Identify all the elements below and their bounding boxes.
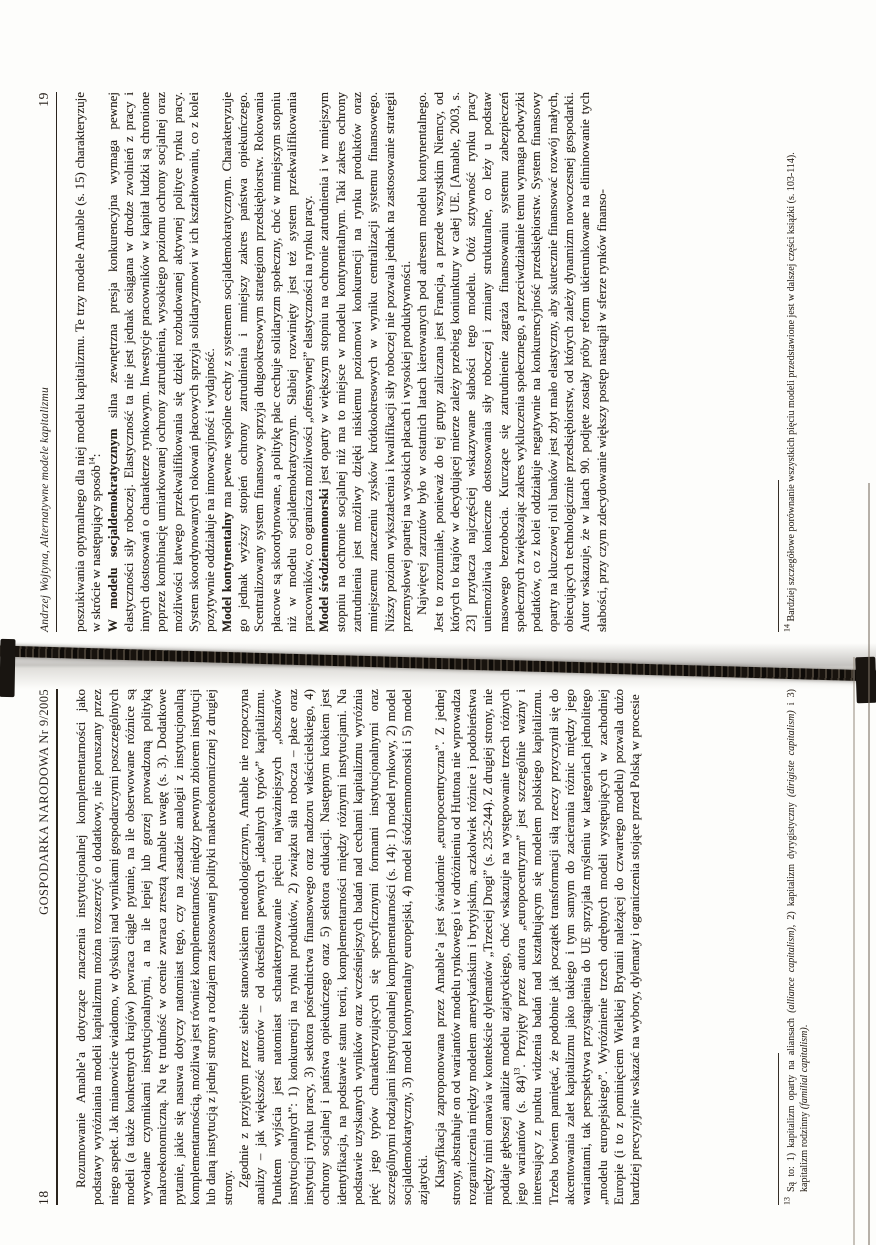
paragraph-text: Klasyfikacja zaproponowana przez Amable’… (432, 689, 643, 1205)
page-edge-shadow (868, 483, 870, 1245)
paragraph-text: poszukiwania optymalnego dla niej modelu… (72, 92, 103, 632)
page19-content: Andrzej Wojtyna, Alternatywne modele kap… (36, 92, 610, 632)
paragraph: Klasyfikacja zaproponowana przez Amable’… (432, 689, 644, 1205)
page18-content: 18 GOSPODARKA NARODOWA Nr 9/2005 Rozumow… (36, 689, 643, 1205)
page18-footnote-block: 13 Są to: 1) kapitalizm oparty na alians… (778, 689, 811, 1205)
paragraph-text: Rozumowanie Amable’a dotyczące znaczenia… (73, 689, 235, 1205)
page-number-19: 19 (36, 92, 52, 107)
footnote-text: 14 Bardziej szczegółowe porównanie wszys… (785, 92, 798, 632)
tape-artifact-top (0, 639, 16, 697)
page18-header: 18 GOSPODARKA NARODOWA Nr 9/2005 (36, 689, 58, 1205)
paragraph: Zgodnie z przyjętym przez siebie stanowi… (236, 689, 432, 1205)
running-head-article: Andrzej Wojtyna, Alternatywne modele kap… (39, 387, 51, 632)
page19-body: poszukiwania optymalnego dla niej modelu… (72, 92, 610, 632)
paragraph-text: W modelu socjaldemokratycznym silna zewn… (105, 92, 218, 632)
tape-artifact-bottom (855, 657, 876, 704)
bullet-item: •Model kontynentalny ma pewne wspólne ce… (219, 92, 317, 632)
paragraph: Najwięcej zarzutów było w ostatnich lata… (414, 92, 610, 632)
paragraph: Rozumowanie Amable’a dotyczące znaczenia… (73, 689, 236, 1205)
bullet-item: •Model śródziemnomorski jest oparty w wi… (316, 92, 414, 632)
running-head-journal: GOSPODARKA NARODOWA Nr 9/2005 (37, 689, 52, 915)
page19-footnote-block: 14 Bardziej szczegółowe porównanie wszys… (778, 92, 798, 632)
paragraph-text: Zgodnie z przyjętym przez siebie stanowi… (236, 689, 430, 1205)
page19-header: Andrzej Wojtyna, Alternatywne modele kap… (36, 92, 57, 632)
page-19: Andrzej Wojtyna, Alternatywne modele kap… (0, 0, 876, 653)
bullet-item: •W modelu socjaldemokratycznym silna zew… (105, 92, 219, 632)
scanned-document: 18 GOSPODARKA NARODOWA Nr 9/2005 Rozumow… (0, 0, 876, 1245)
page-number-18: 18 (36, 1190, 52, 1205)
paragraph-text: Model śródziemnomorski jest oparty w wię… (316, 92, 412, 632)
page18-body: Rozumowanie Amable’a dotyczące znaczenia… (73, 689, 643, 1205)
page-18: 18 GOSPODARKA NARODOWA Nr 9/2005 Rozumow… (0, 660, 876, 1245)
journal-spread: 18 GOSPODARKA NARODOWA Nr 9/2005 Rozumow… (0, 0, 876, 1245)
footnote-rule (778, 480, 779, 632)
footnote-rule (778, 1053, 779, 1205)
paragraph-text: Najwięcej zarzutów było w ostatnich lata… (414, 92, 608, 632)
paragraph: poszukiwania optymalnego dla niej modelu… (72, 92, 105, 632)
paragraph-text: Model kontynentalny ma pewne wspólne cec… (219, 92, 315, 632)
footnote-text: 13 Są to: 1) kapitalizm oparty na alians… (785, 689, 811, 1205)
page-edge-shadow (853, 657, 855, 1245)
